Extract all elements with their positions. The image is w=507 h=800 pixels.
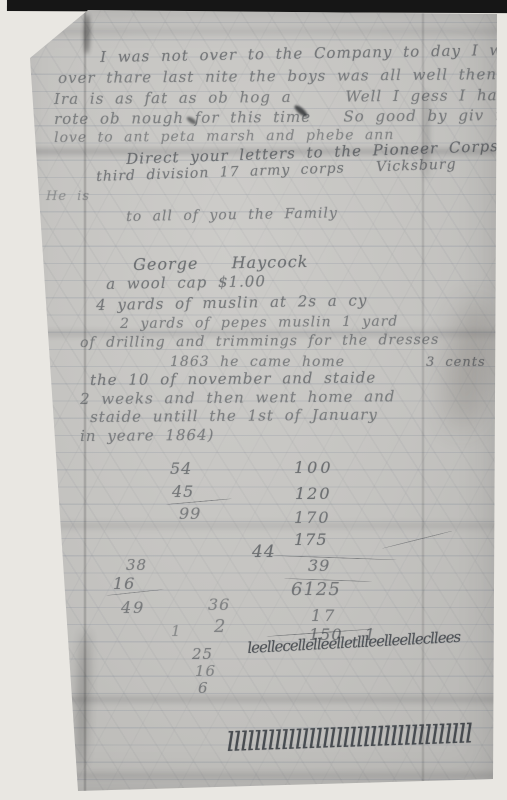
sum-underline [382, 531, 452, 549]
sum-underline [106, 589, 164, 596]
sum-lines-layer [0, 0, 507, 800]
sum-underline [266, 628, 374, 637]
sum-underline [166, 498, 232, 505]
letter-paper: I was not over to the Company to day I w… [0, 0, 507, 800]
sum-underline [272, 555, 397, 560]
sum-underline [284, 578, 372, 582]
scanned-letter-page: I was not over to the Company to day I w… [0, 0, 507, 800]
ink-blot [12, 60, 17, 66]
scanner-edge-band [7, 0, 507, 13]
